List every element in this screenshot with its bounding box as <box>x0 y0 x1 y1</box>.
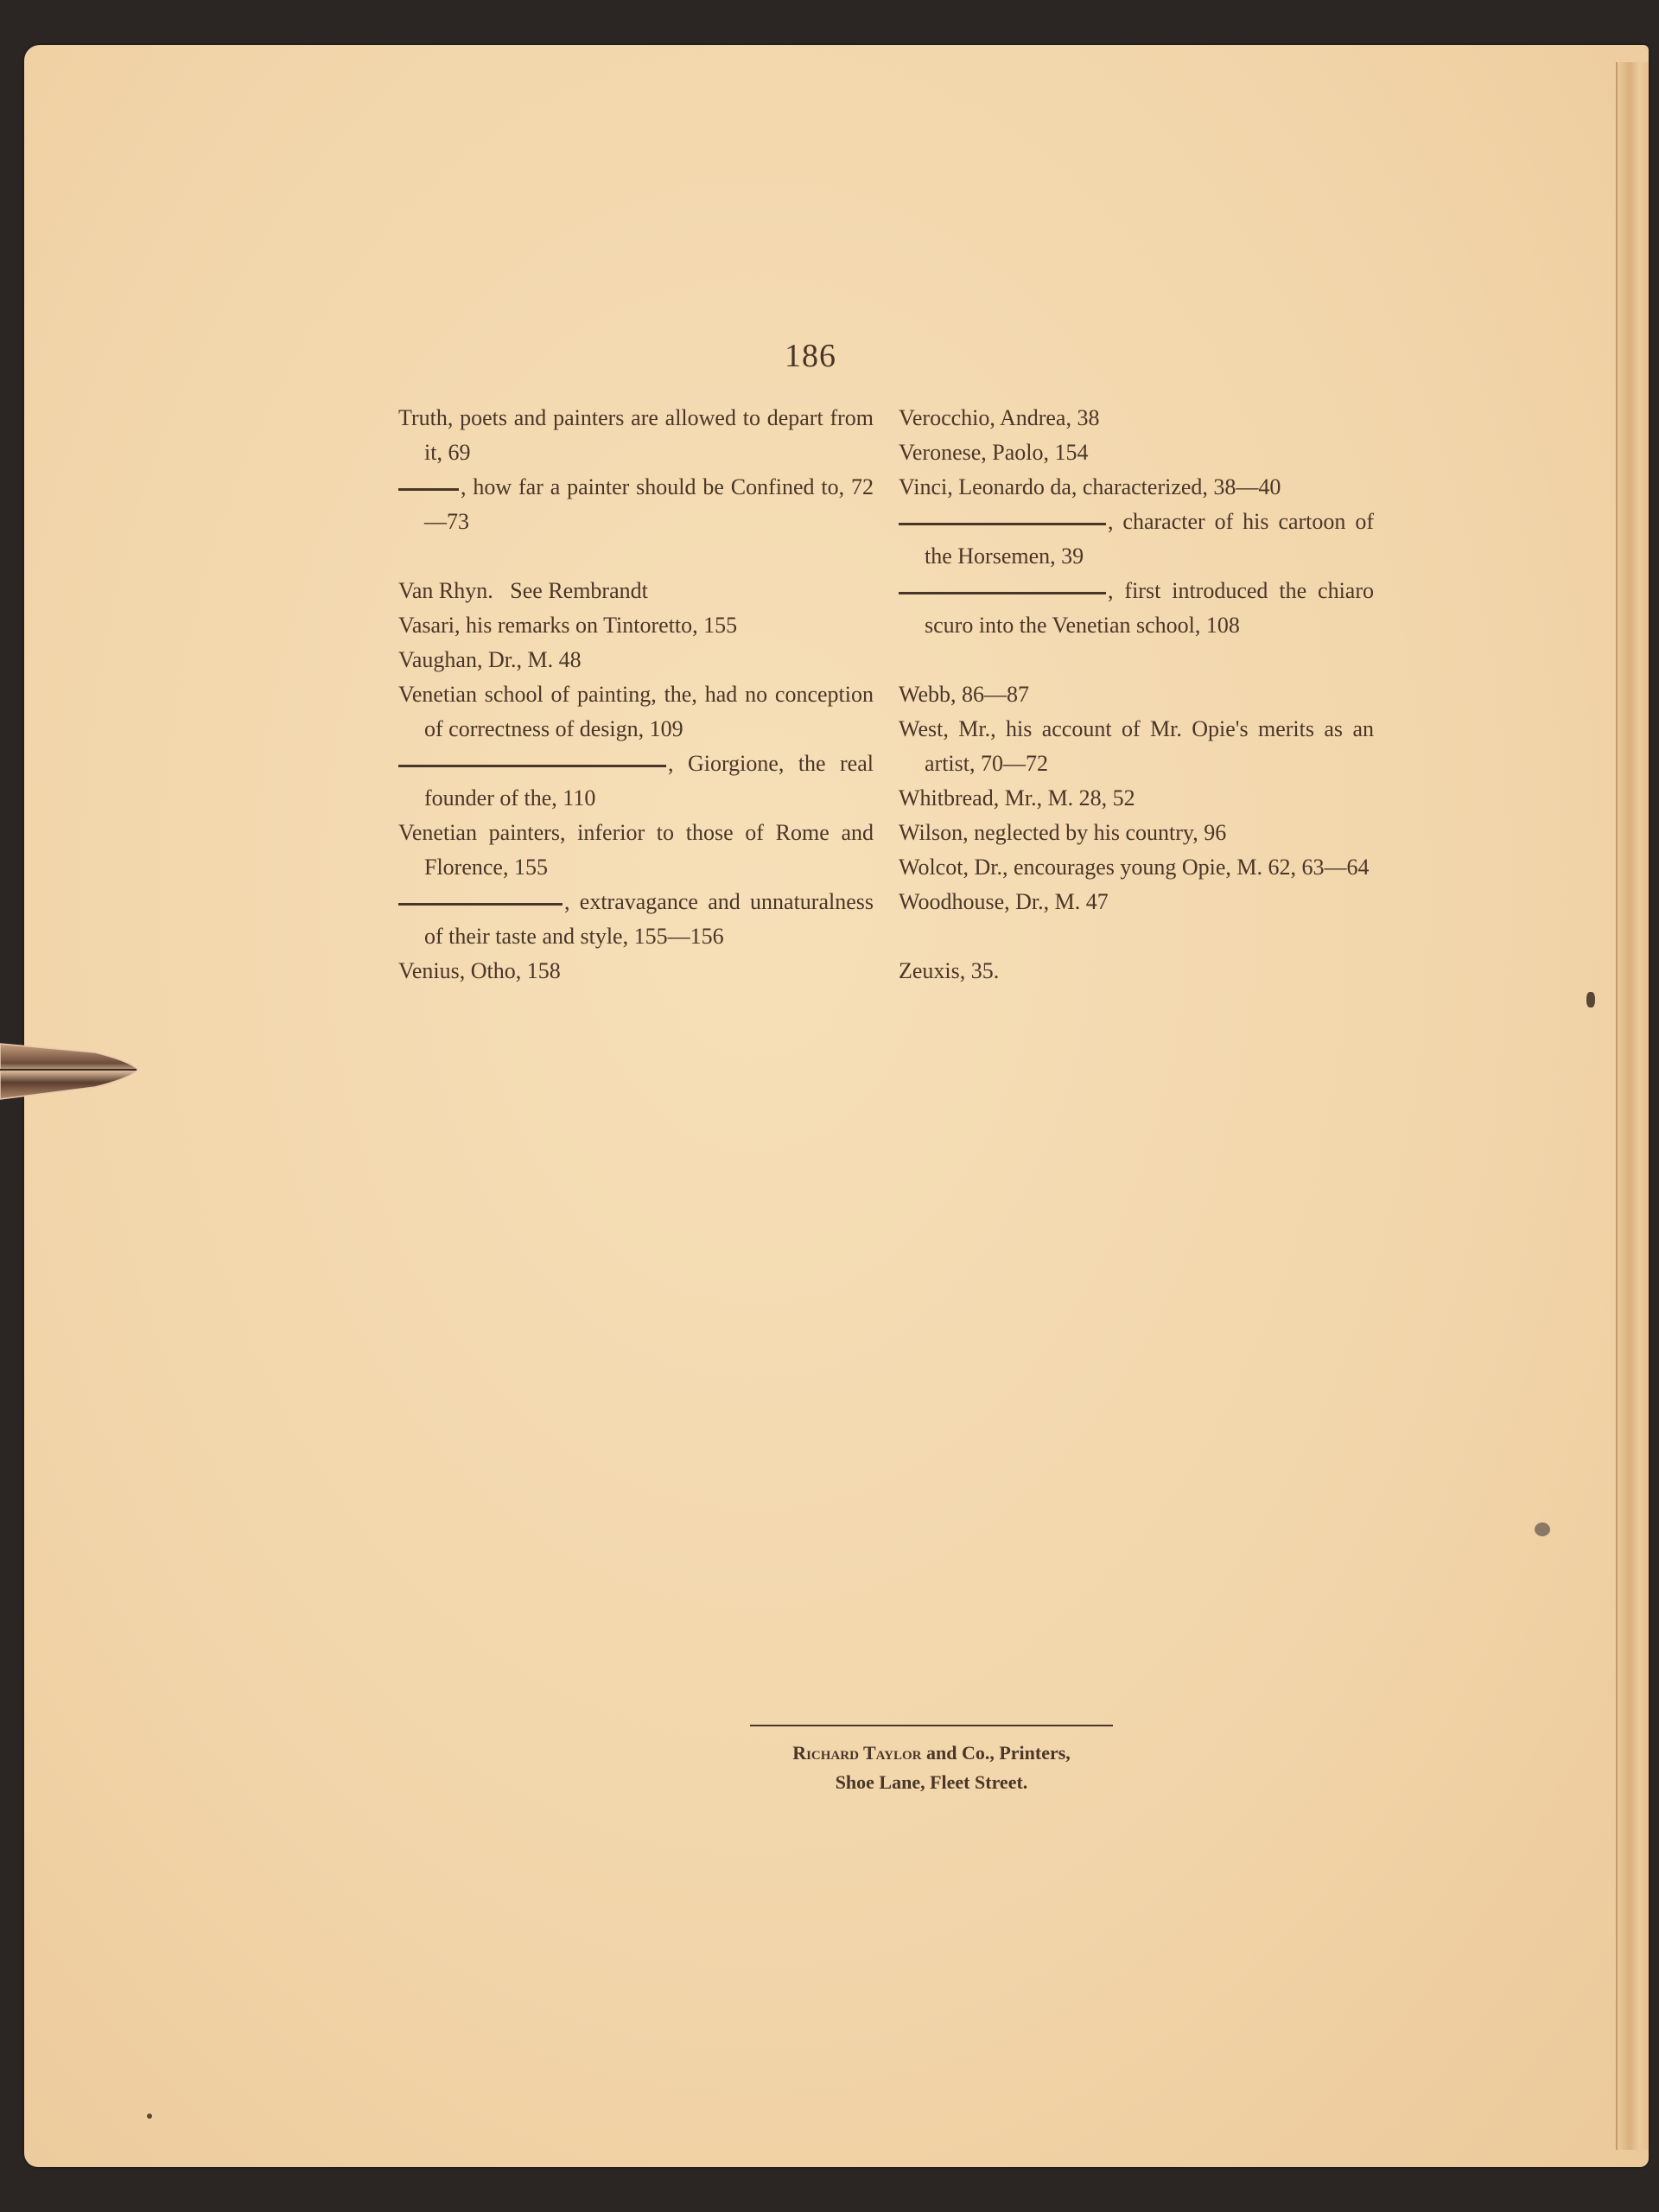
printer-imprint: Richard Taylor and Co., Printers, Shoe L… <box>741 1725 1122 1797</box>
index-entry: Venetian school of painting, the, had no… <box>398 677 874 747</box>
index-entry: Wilson, neglected by his country, 96 <box>899 816 1374 850</box>
ditto-dash <box>899 523 1106 525</box>
index-entry: Venetian painters, inferior to those of … <box>398 816 874 885</box>
index-entry: Webb, 86—87 <box>899 677 1374 712</box>
index-entry: , Giorgione, the real founder of the, 11… <box>398 747 874 816</box>
index-column-right: Verocchio, Andrea, 38 Veronese, Paolo, 1… <box>899 401 1374 988</box>
paper-blemish <box>147 2113 152 2119</box>
page-edge <box>1616 62 1649 2150</box>
index-entry: , how far a painter should be Confined t… <box>398 470 874 539</box>
index-entry: West, Mr., his account of Mr. Opie's mer… <box>899 712 1374 781</box>
index-entry: Vaughan, Dr., M. 48 <box>398 643 874 677</box>
index-entry: Verocchio, Andrea, 38 <box>899 401 1374 435</box>
ditto-dash <box>899 592 1106 594</box>
ditto-dash <box>398 903 563 906</box>
ditto-dash <box>398 488 459 491</box>
book-page: 186 Truth, poets and painters are allowe… <box>24 45 1649 2167</box>
index-entry: Vasari, his remarks on Tintoretto, 155 <box>398 608 874 643</box>
index-entry: Truth, poets and painters are allowed to… <box>398 401 874 470</box>
imprint-rule <box>750 1725 1113 1726</box>
ditto-dash <box>398 765 666 767</box>
index-column-left: Truth, poets and painters are allowed to… <box>398 401 874 988</box>
index-entry: , extravagance and unnaturalness of thei… <box>398 885 874 954</box>
paper-blemish <box>1586 992 1595 1007</box>
index-entry: , first introduced the chiaro scuro into… <box>899 574 1374 643</box>
imprint-line-1: Richard Taylor and Co., Printers, <box>741 1738 1122 1768</box>
index-entry: Veronese, Paolo, 154 <box>899 435 1374 470</box>
metal-pen-tip-icon <box>0 1035 140 1108</box>
paper-blemish <box>1535 1522 1550 1536</box>
index-entry: Van Rhyn. See Rembrandt <box>398 574 874 608</box>
index-entry: Whitbread, Mr., M. 28, 52 <box>899 781 1374 816</box>
index-entry: Wolcot, Dr., encourages young Opie, M. 6… <box>899 850 1374 885</box>
page-number: 186 <box>24 337 1597 375</box>
index-entry: , character of his cartoon of the Horsem… <box>899 505 1374 574</box>
index-entry: Woodhouse, Dr., M. 47 <box>899 885 1374 919</box>
index-entry: Venius, Otho, 158 <box>398 954 874 988</box>
index-entry: Zeuxis, 35. <box>899 954 1374 988</box>
index-entry: Vinci, Leonardo da, characterized, 38—40 <box>899 470 1374 505</box>
imprint-line-2: Shoe Lane, Fleet Street. <box>741 1768 1122 1797</box>
